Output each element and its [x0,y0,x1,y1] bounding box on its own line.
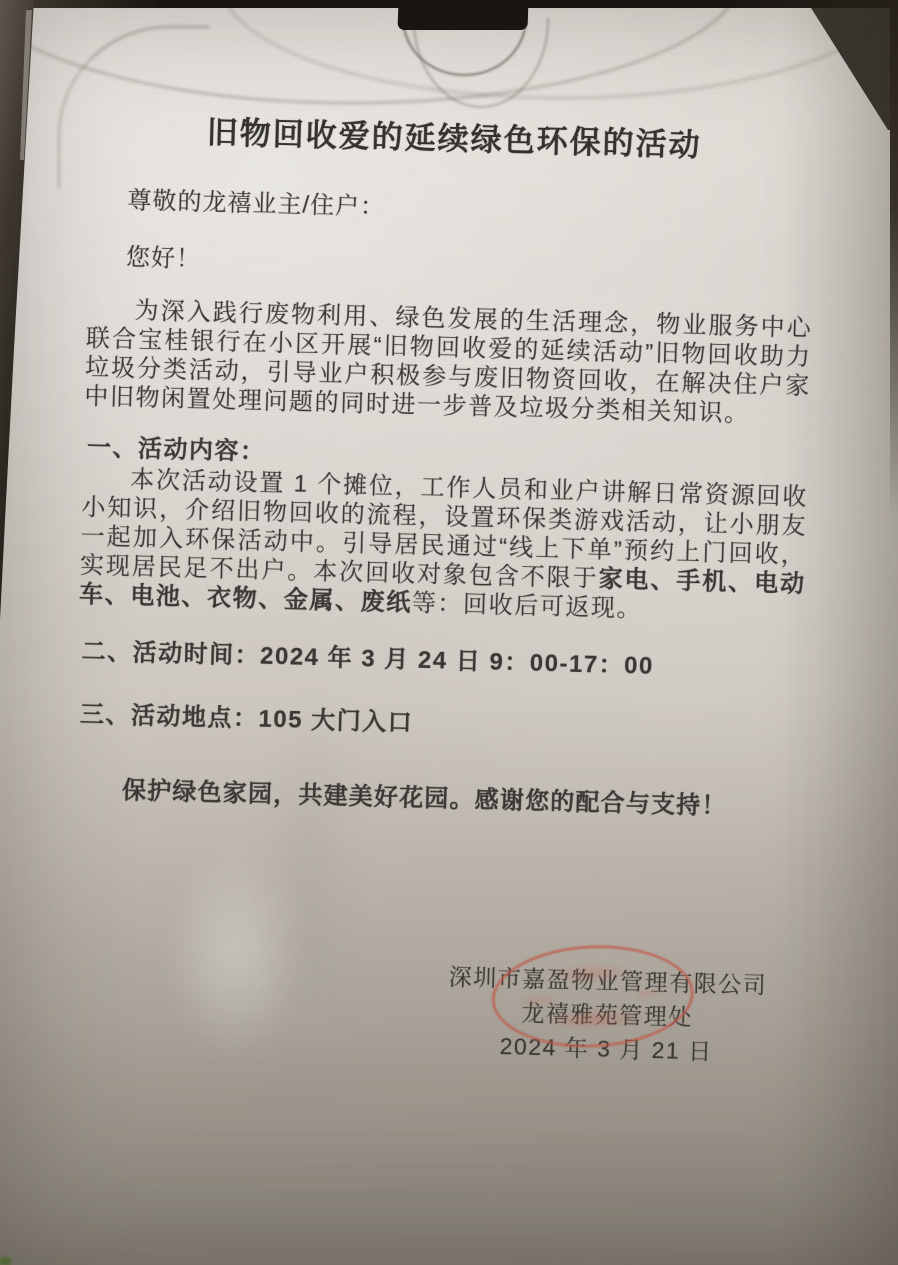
section-3-heading: 三、活动地点：105 大门入口 [80,694,803,748]
signature-block: 深圳市嘉盈物业管理有限公司 龙禧雅苑管理处 2024 年 3 月 21 日 [447,960,768,1070]
thumb-cutout-shadow-arc [413,18,549,108]
closing-line: 保护绿色家园，共建美好花园。感谢您的配合与支持！ [74,769,801,823]
section-1-body-post: 等：回收后可返现。 [412,590,643,623]
section-1-body: 本次活动设置 1 个摊位，工作人员和业户讲解日常资源回收小知识，介绍旧物回收的流… [79,464,809,628]
green-speck [0,1257,11,1265]
greeting: 您好！ [126,237,815,290]
section-2-heading: 二、活动时间：2024 年 3 月 24 日 9：00-17：00 [81,631,804,685]
notice-paper: 旧物回收爱的延续绿色环保的活动 尊敬的龙禧业主/住户： 您好！ 为深入践行废物利… [67,104,818,1071]
intro-paragraph: 为深入践行废物利用、绿色发展的生活理念，物业服务中心联合宝桂银行在小区开展“旧物… [84,295,813,430]
holder-edge-curve-right [220,0,898,99]
signature-date: 2024 年 3 月 21 日 [447,1028,766,1070]
holder-thumb-notch [397,0,528,30]
notice-photo: 旧物回收爱的延续绿色环保的活动 尊敬的龙禧业主/住户： 您好！ 为深入践行废物利… [0,0,898,1265]
salutation: 尊敬的龙禧业主/住户： [127,180,816,233]
holder-edge-curve-left [0,0,744,104]
frame-right-edge [890,0,898,520]
door-frame-left-edge [0,0,40,640]
notice-title: 旧物回收爱的延续绿色环保的活动 [91,104,818,168]
